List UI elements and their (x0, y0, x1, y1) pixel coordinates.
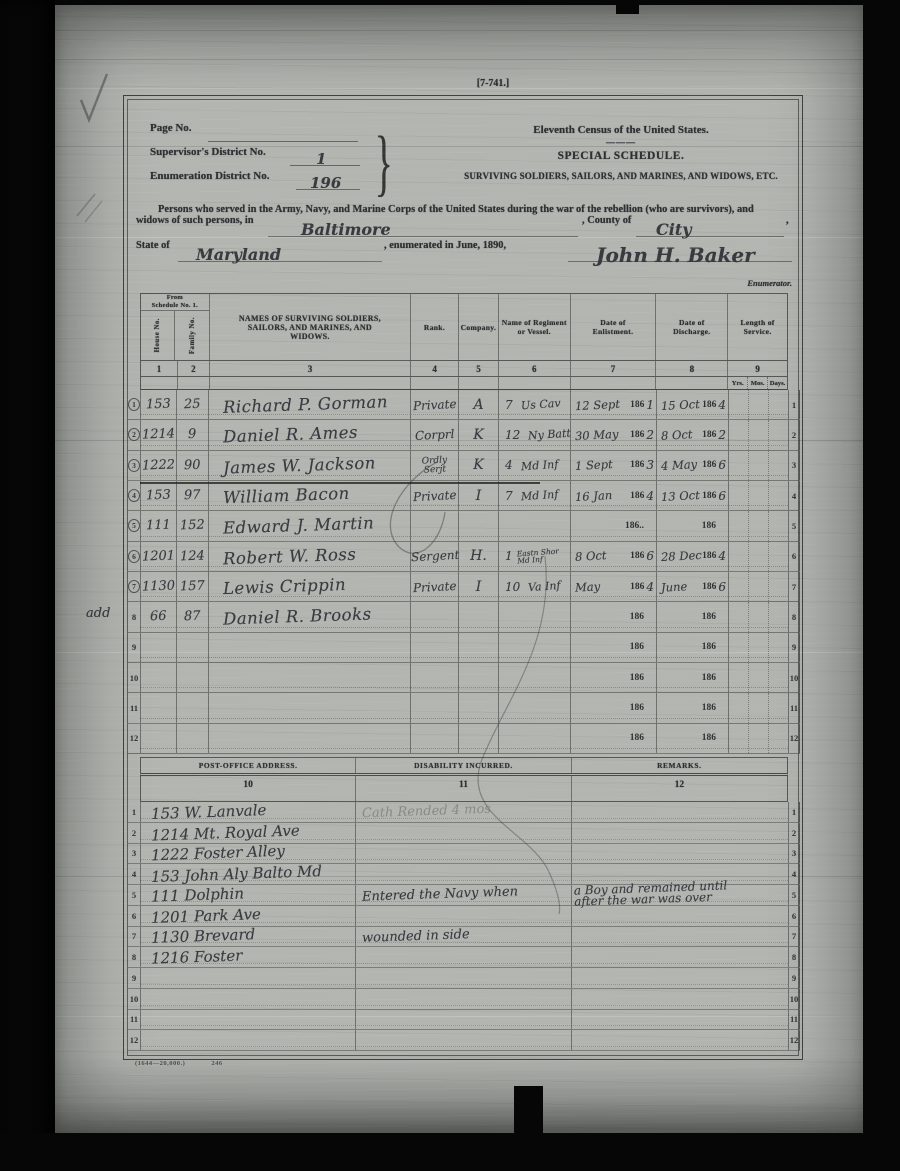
service-cell (728, 693, 788, 722)
row-number-right: 10 (788, 663, 800, 692)
row-number-right: 8 (788, 602, 800, 631)
film-edge-bottom (0, 1133, 900, 1171)
year-preprint: 186 (630, 491, 644, 501)
regiment-cell: 4Md Inf (498, 451, 570, 480)
service-subcell (748, 511, 768, 540)
row-number: 6 (792, 551, 796, 561)
row-number: 8 (792, 612, 796, 622)
year-preprint: 186 (630, 582, 644, 592)
row-number: 7 (792, 582, 796, 592)
disability-cell: Cath Rended 4 mos (355, 802, 571, 822)
enlistment-cell: 186.. (570, 511, 656, 540)
family-no-value: 157 (180, 579, 205, 595)
veteran-row: 115325Richard P. GormanPrivateA7Us Cav12… (128, 390, 800, 420)
paper-sheet: [7-741.] Page No. Supervisor's District … (55, 4, 864, 1134)
service-subcell (729, 390, 748, 419)
row-number-right: 9 (788, 968, 800, 988)
veteran-row: 1118618611 (128, 693, 800, 723)
census-title: Eleventh Census of the United States. (446, 124, 796, 136)
film-notch-top (616, 0, 639, 14)
house-no-cell: 153 (140, 481, 176, 510)
service-subcell (768, 633, 788, 662)
service-subcell (748, 663, 768, 692)
veteran-row: 1218618612 (128, 724, 800, 754)
disability-cell (355, 906, 571, 926)
disability-value: wounded in side (362, 927, 470, 946)
year-preprint: 186 (630, 551, 644, 561)
service-subcell (729, 724, 748, 753)
service-subcell (768, 693, 788, 722)
company-cell (458, 693, 498, 722)
discharge-cell: 186 (656, 633, 728, 662)
remarks-cell (571, 823, 788, 843)
row-number: 1 (132, 807, 136, 817)
schedule-title: SPECIAL SCHEDULE. (446, 150, 796, 162)
row-number-right: 2 (788, 420, 800, 449)
address-row: 1153 W. LanvaleCath Rended 4 mos1 (128, 802, 800, 823)
rank-cell: Private (410, 481, 458, 510)
enlistment-cell: 186 (570, 663, 656, 692)
house-no-value: 111 (146, 518, 171, 534)
line3-prefix: State of (136, 240, 170, 251)
enlistment-date: 30 May (575, 427, 619, 443)
house-no-cell: 1214 (140, 420, 176, 449)
row-number: 11 (130, 1014, 138, 1024)
year-preprint: 186 (702, 733, 716, 743)
row-number: 9 (132, 973, 136, 983)
row-number: 3 (792, 460, 796, 470)
discharge-year-digit: 6 (718, 580, 726, 594)
disability-faint-note: Cath Rended 4 mos (362, 802, 491, 821)
enlistment-date: May (575, 579, 601, 594)
veteran-row: 212149Daniel R. AmesCorprlK12Ny Batt30 M… (128, 420, 800, 450)
row-number-left: 1 (128, 802, 140, 822)
film-edge-top (0, 0, 900, 5)
row-number: 10 (130, 994, 139, 1004)
year-preprint: 186 (630, 703, 644, 713)
service-cell (728, 542, 788, 571)
row-number: 9 (792, 642, 796, 652)
margin-tally-mark (77, 194, 95, 216)
regiment-name: Va Inf (528, 579, 561, 594)
name-cell: Richard P. Gorman (208, 390, 410, 419)
year-preprint: 186 (630, 400, 644, 410)
col-rank-label: Rank. (410, 294, 458, 360)
discharge-year-digit: 6 (718, 489, 726, 503)
enlistment-year-digit: 4 (646, 489, 654, 503)
name-cell: Lewis Crippin (208, 572, 410, 601)
regiment-cell (498, 663, 570, 692)
house-no-cell: House No. (141, 311, 174, 360)
rank-cell: Ordly Serjt (410, 451, 458, 480)
enlistment-cell: 186 (570, 724, 656, 753)
regiment-cell: 7Us Cav (498, 390, 570, 419)
subheader-spacer (410, 377, 458, 389)
row-number: 10 (790, 673, 799, 683)
row-number: 3 (128, 459, 140, 472)
subheader-spacer (458, 377, 498, 389)
company-value: I (476, 579, 482, 595)
row-number-left: 10 (128, 663, 140, 692)
enlistment-year-digit: 1 (646, 398, 654, 412)
address-row: 61201 Park Ave6 (128, 906, 800, 927)
row-number: 5 (792, 521, 796, 531)
subheader-spacer (209, 377, 410, 389)
discharge-cell: 15 Oct1864 (656, 390, 728, 419)
service-subcell (748, 420, 768, 449)
name-cell (208, 633, 410, 662)
row-number-right: 12 (788, 1030, 800, 1050)
remarks-cell (571, 968, 788, 988)
regiment-name: Ny Batt (528, 427, 572, 443)
row-number: 5 (132, 890, 136, 900)
film-notch-bottom (514, 1086, 543, 1171)
row-number-right: 4 (788, 864, 800, 884)
regiment-name: Md Inf (520, 488, 558, 504)
row-number: 6 (792, 911, 796, 921)
enumerator-signature: John H. Baker (596, 243, 755, 267)
name-cell: William Bacon (208, 481, 410, 510)
veteran-name: Daniel R. Brooks (223, 605, 372, 629)
row-number: 9 (792, 973, 796, 983)
regiment-number: 10 (505, 580, 520, 594)
remarks-cell: a Boy and remained until after the war w… (571, 885, 788, 905)
comma: , (786, 215, 789, 226)
service-subcell (768, 511, 788, 540)
col-number-10: 10 (141, 776, 355, 801)
house-no-cell (140, 693, 176, 722)
schedule-no-label: Schedule No. 1. (141, 302, 209, 310)
address-value: 153 John Aly Balto Md (151, 862, 322, 886)
row-number-left: 10 (128, 989, 140, 1009)
row-number-left: 12 (128, 724, 140, 753)
col-address-label: Post-office Address. (141, 758, 355, 773)
address-row: 5111 DolphinEntered the Navy whena Boy a… (128, 885, 800, 906)
supervisor-label: Supervisor's District No. (150, 146, 266, 158)
row-number-left: 2 (128, 420, 140, 449)
veterans-table: From Schedule No. 1. House No. Family No… (128, 293, 800, 754)
row-number-left: 11 (128, 1010, 140, 1030)
row-number: 7 (128, 580, 140, 593)
row-number-left: 6 (128, 906, 140, 926)
company-cell (458, 663, 498, 692)
rank-cell (410, 693, 458, 722)
veteran-rows: 115325Richard P. GormanPrivateA7Us Cav12… (128, 390, 800, 754)
rank-value: Private (412, 578, 456, 594)
service-subcell (729, 572, 748, 601)
rank-cell: Private (410, 572, 458, 601)
discharge-date: 4 May (661, 457, 698, 473)
film-edge-left (0, 0, 55, 1171)
subheader-spacer (177, 377, 209, 389)
regiment-cell (498, 724, 570, 753)
disability-value: Entered the Navy when (362, 885, 519, 905)
row-number: 7 (792, 931, 796, 941)
veteran-row: 415397William BaconPrivateI7Md Inf16 Jan… (128, 481, 800, 511)
company-cell: I (458, 481, 498, 510)
regiment-cell: 12Ny Batt (498, 420, 570, 449)
house-no-cell: 66 (140, 602, 176, 631)
year-preprint: 186 (630, 733, 644, 743)
row-number-left: 7 (128, 927, 140, 947)
county-value: City (656, 220, 692, 239)
col-number-9: 9 (727, 361, 787, 376)
row-number-left: 3 (128, 844, 140, 864)
address-row: 31222 Foster Alley3 (128, 844, 800, 865)
year-preprint: 186 (630, 642, 644, 652)
service-subcell (729, 511, 748, 540)
brace-glyph: } (375, 126, 393, 200)
rank-value: Ordly Serjt (421, 456, 447, 474)
print-code-2: 246 (211, 1060, 222, 1067)
col-discharge-label: Date of Discharge. (655, 294, 727, 360)
service-subcell (768, 390, 788, 419)
col-enlistment-label: Date of Enlistment. (570, 294, 656, 360)
row-number-right: 3 (788, 844, 800, 864)
title-block: Eleventh Census of the United States. ——… (446, 124, 796, 181)
scratch-line (55, 59, 864, 60)
veteran-name: Daniel R. Ames (223, 423, 359, 447)
disability-cell (355, 823, 571, 843)
name-cell (208, 693, 410, 722)
address-value: 1201 Park Ave (151, 905, 261, 927)
regiment-name: Eastn Shor Md Inf (516, 548, 559, 565)
disability-cell (355, 1010, 571, 1030)
year-preprint: 186 (702, 521, 716, 531)
service-subcell (729, 481, 748, 510)
row-number: 2 (792, 828, 796, 838)
discharge-year-digit: 4 (718, 549, 726, 563)
row-number-right: 5 (788, 885, 800, 905)
row-number: 3 (792, 848, 796, 858)
name-cell: James W. Jackson (208, 451, 410, 480)
address-cell: 1130 Brevard (140, 927, 355, 947)
remarks-cell (571, 802, 788, 822)
print-run-code: (1644—20,000.)246 (135, 1060, 249, 1067)
address-row: 71130 Brevardwounded in side7 (128, 927, 800, 948)
row-number-right: 12 (788, 724, 800, 753)
vertical-labels: House No. Family No. (141, 311, 209, 360)
family-no-value: 9 (188, 427, 197, 442)
county-label: , County of (582, 215, 631, 226)
service-subcell (748, 693, 768, 722)
regiment-name: Md Inf (520, 458, 558, 474)
col-names-label: Names of Surviving Soldiers, Sailors, an… (209, 294, 410, 360)
family-no-cell: 87 (176, 602, 208, 631)
family-no-cell: Family No. (174, 311, 208, 360)
rank-cell (410, 633, 458, 662)
discharge-date: 8 Oct (661, 427, 693, 443)
regiment-cell (498, 633, 570, 662)
enlistment-date: 12 Sept (575, 396, 621, 412)
service-sub-Yrs.: Yrs. (728, 377, 747, 389)
enlistment-year-digit: 3 (646, 458, 654, 472)
address-row: 1111 (128, 1010, 800, 1031)
col-number-2: 2 (177, 361, 209, 376)
house-no-value: 66 (150, 609, 167, 625)
row-number-left: 6 (128, 542, 140, 571)
house-no-label: House No. (154, 318, 161, 352)
name-cell: Daniel R. Ames (208, 420, 410, 449)
film-edge-right (863, 0, 900, 1171)
name-cell (208, 724, 410, 753)
discharge-cell: 4 May1866 (656, 451, 728, 480)
company-value: A (473, 397, 483, 413)
row-number: 4 (132, 869, 136, 879)
row-number-right: 6 (788, 906, 800, 926)
col-number-7: 7 (570, 361, 656, 376)
company-cell (458, 511, 498, 540)
row-number-left: 1 (128, 390, 140, 419)
from-schedule-label: From Schedule No. 1. (141, 294, 209, 311)
service-subcell (748, 633, 768, 662)
enlistment-cell: 186 (570, 633, 656, 662)
house-no-value: 1222 (142, 457, 176, 473)
disability-cell (355, 844, 571, 864)
company-cell (458, 633, 498, 662)
enlistment-cell: 16 Jan1864 (570, 481, 656, 510)
title-divider: ——— (446, 137, 796, 147)
discharge-cell: 28 Dec1864 (656, 542, 728, 571)
remarks-cell (571, 1010, 788, 1030)
discharge-cell: 186 (656, 663, 728, 692)
enlistment-cell: 8 Oct1866 (570, 542, 656, 571)
row-number-left: 4 (128, 864, 140, 884)
address-cell (140, 1010, 355, 1030)
year-preprint: 186.. (625, 521, 644, 531)
family-no-cell: 97 (176, 481, 208, 510)
year-preprint: 186 (702, 612, 716, 622)
service-subcell (768, 481, 788, 510)
enlistment-date: 8 Oct (575, 548, 607, 564)
veteran-row: 1018618610 (128, 663, 800, 693)
row-number: 2 (128, 428, 140, 441)
remarks-cell (571, 844, 788, 864)
enlistment-cell: 186 (570, 693, 656, 722)
discharge-year-digit: 4 (718, 398, 726, 412)
row-number: 9 (132, 642, 136, 652)
veteran-name: Lewis Crippin (223, 575, 347, 598)
company-cell: A (458, 390, 498, 419)
row-number: 1 (792, 807, 796, 817)
address-table: Post-office Address. Disability Incurred… (128, 757, 800, 1051)
disability-cell: wounded in side (355, 927, 571, 947)
row-number: 10 (790, 994, 799, 1004)
address-row: 1212 (128, 1030, 800, 1051)
service-cell (728, 390, 788, 419)
rank-value: Corprl (414, 427, 454, 443)
address-cell: 1201 Park Ave (140, 906, 355, 926)
address-row: 81216 Foster8 (128, 947, 800, 968)
row-number: 5 (128, 519, 140, 532)
company-value: I (476, 488, 482, 504)
service-subcell (768, 420, 788, 449)
service-subheader-row: Yrs.Mos.Days. (140, 377, 788, 390)
family-no-value: 87 (184, 609, 201, 625)
rank-cell (410, 511, 458, 540)
service-cell (728, 511, 788, 540)
remarks-cell (571, 927, 788, 947)
row-number-right: 9 (788, 633, 800, 662)
service-subcell (768, 663, 788, 692)
discharge-cell: 186 (656, 602, 728, 631)
row-number: 6 (128, 550, 140, 563)
rank-cell (410, 602, 458, 631)
year-preprint: 186 (630, 430, 644, 440)
family-no-cell (176, 693, 208, 722)
col-number-3: 3 (209, 361, 410, 376)
enlistment-cell: 30 May1862 (570, 420, 656, 449)
col-service-label: Length of Service. (727, 294, 787, 360)
family-no-cell: 157 (176, 572, 208, 601)
col-number-11: 11 (355, 776, 570, 801)
regiment-name: Us Cav (520, 397, 560, 413)
company-value: K (473, 427, 483, 443)
address-value: 1216 Foster (151, 947, 243, 968)
subheader-spacer (570, 377, 656, 389)
discharge-year-digit: 6 (718, 458, 726, 472)
schedule-subtitle: SURVIVING SOLDIERS, SAILORS, AND MARINES… (446, 171, 796, 181)
row-number-right: 7 (788, 572, 800, 601)
company-cell: K (458, 451, 498, 480)
row-number-left: 9 (128, 633, 140, 662)
line2-prefix: widows of such persons, in (136, 215, 254, 226)
address-cell: 153 W. Lanvale (140, 802, 355, 822)
rank-cell (410, 663, 458, 692)
row-number: 11 (790, 703, 798, 713)
year-preprint: 186 (702, 703, 716, 713)
service-cell (728, 451, 788, 480)
print-code-1: (1644—20,000.) (135, 1060, 185, 1067)
rank-cell: Corprl (410, 420, 458, 449)
row-number-left: add8 (128, 602, 140, 631)
discharge-date: 28 Dec (661, 548, 702, 564)
row-number: 4 (792, 491, 796, 501)
address-value: 1214 Mt. Royal Ave (151, 821, 300, 844)
col-number-12: 12 (571, 776, 787, 801)
rank-value: Sergent (411, 548, 460, 565)
subheader-spacer (655, 377, 727, 389)
address-cell: 111 Dolphin (140, 885, 355, 905)
service-subcell (729, 451, 748, 480)
rank-cell: Private (410, 390, 458, 419)
place-value: Baltimore (301, 220, 391, 239)
disability-cell (355, 947, 571, 967)
service-cell (728, 633, 788, 662)
house-no-cell: 153 (140, 390, 176, 419)
veteran-row: add86687Daniel R. Brooks1861868 (128, 602, 800, 632)
service-subcell (729, 420, 748, 449)
address-cell: 1222 Foster Alley (140, 844, 355, 864)
enlistment-year-digit: 2 (646, 428, 654, 442)
disability-cell (355, 864, 571, 884)
enlistment-cell: May1864 (570, 572, 656, 601)
year-preprint: 186 (630, 612, 644, 622)
row-number: 8 (132, 952, 136, 962)
row-number-right: 1 (788, 802, 800, 822)
pen-underline (140, 482, 540, 484)
discharge-date: 13 Oct (661, 488, 700, 504)
company-cell (458, 724, 498, 753)
row-number-right: 5 (788, 511, 800, 540)
family-no-cell: 152 (176, 511, 208, 540)
row-number: 12 (790, 1035, 799, 1045)
row-number: 12 (130, 733, 139, 743)
subheader-spacer (141, 377, 177, 389)
family-no-cell (176, 724, 208, 753)
remarks-cell (571, 906, 788, 926)
company-value: K (473, 457, 483, 473)
